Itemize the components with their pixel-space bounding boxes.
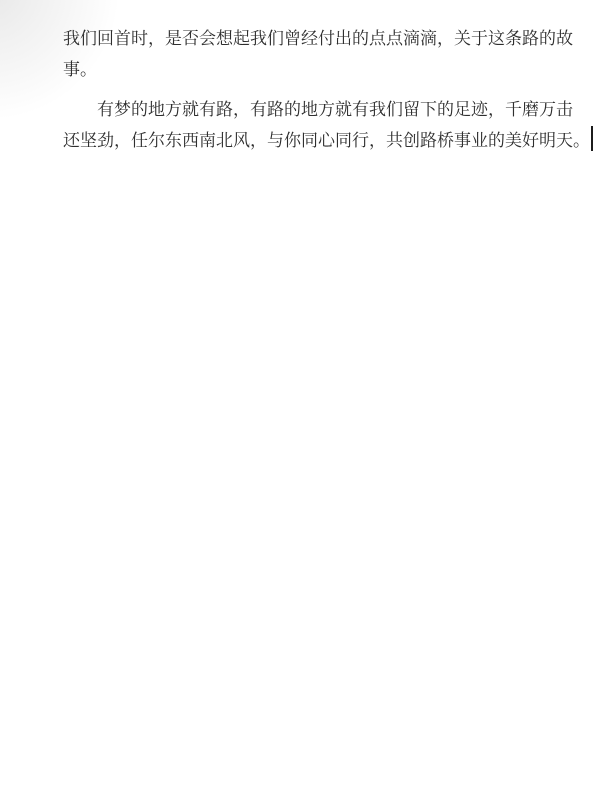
text-cursor xyxy=(591,126,593,151)
paragraph-1[interactable]: 我们回首时，是否会想起我们曾经付出的点点滴滴，关于这条路的故 事。 xyxy=(63,23,554,85)
text-line-content: 还坚劲，任尔东西南北风，与你同心同行，共创路桥事业的美好明天。 xyxy=(63,131,590,150)
text-line[interactable]: 事。 xyxy=(63,54,554,85)
document-page[interactable]: 我们回首时，是否会想起我们曾经付出的点点滴滴，关于这条路的故 事。 有梦的地方就… xyxy=(0,0,600,802)
text-line[interactable]: 有梦的地方就有路，有路的地方就有我们留下的足迹，千磨万击 xyxy=(63,94,554,125)
text-line[interactable]: 我们回首时，是否会想起我们曾经付出的点点滴滴，关于这条路的故 xyxy=(63,23,554,54)
text-block: 我们回首时，是否会想起我们曾经付出的点点滴滴，关于这条路的故 事。 有梦的地方就… xyxy=(0,0,600,156)
paragraph-2[interactable]: 有梦的地方就有路，有路的地方就有我们留下的足迹，千磨万击 还坚劲，任尔东西南北风… xyxy=(63,94,554,156)
text-line[interactable]: 还坚劲，任尔东西南北风，与你同心同行，共创路桥事业的美好明天。 xyxy=(63,125,554,156)
